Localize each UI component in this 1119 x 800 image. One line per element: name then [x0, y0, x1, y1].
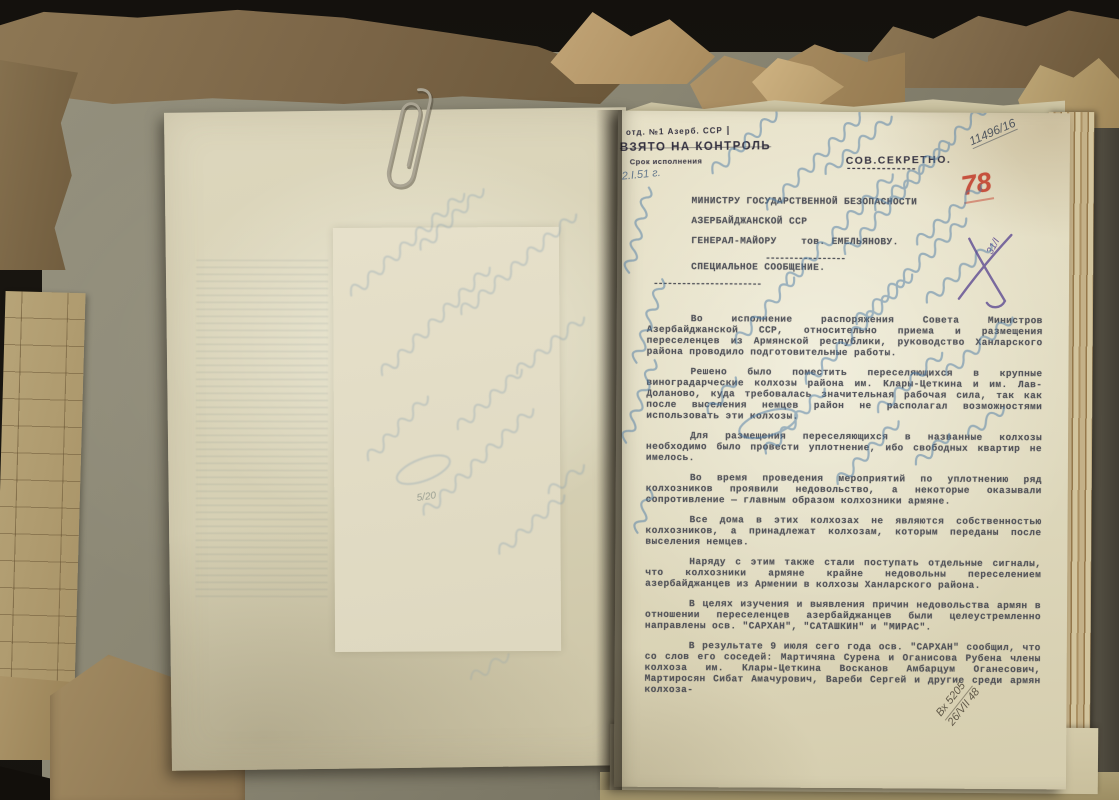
archival-photo: 5/20	[0, 0, 1119, 800]
control-stamp-subtitle: Срок исполнения	[630, 157, 703, 167]
paragraph: Во время проведения мероприятий по уплот…	[646, 472, 1042, 507]
torn-paper-top-left	[0, 8, 625, 104]
paragraph: Решено было поместить переселяющихся в к…	[646, 366, 1042, 423]
left-page: 5/20	[164, 107, 634, 771]
paragraph: В целях изучения и выявления причин недо…	[645, 598, 1041, 633]
typed-text-block: МИНИСТРУ ГОСУДАРСТВЕННОЙ БЕЗОПАСНОСТИ АЗ…	[644, 195, 1043, 706]
registry-stamp: отд. №1 Азерб. ССР	[626, 126, 729, 137]
bleed-through-text	[196, 260, 329, 598]
secrecy-underline: --------------	[846, 164, 916, 175]
gutter-shadow	[596, 110, 622, 790]
typed-document-page: отд. №1 Азерб. ССР ВЗЯТО НА КОНТРОЛЬ Сро…	[614, 111, 1070, 790]
title-underline: -----------------------	[653, 281, 1043, 289]
paragraph: Для размещения переселяющихся в названны…	[646, 430, 1042, 465]
control-stamp: ВЗЯТО НА КОНТРОЛЬ	[620, 140, 771, 154]
addressee-line: ГЕНЕРАЛ-МАЙОРУ тов. ЕМЕЛЬЯНОВУ.	[647, 235, 1043, 248]
paragraph: В результате 9 июля сего года осв. "САРХ…	[645, 640, 1041, 697]
handwritten-doc-number: 11496/16	[967, 116, 1018, 149]
handwritten-control-date: 2.I.51 г.	[621, 167, 661, 183]
old-form-paper	[0, 291, 86, 693]
addressee-line: МИНИСТРУ ГОСУДАРСТВЕННОЙ БЕЗОПАСНОСТИ	[647, 195, 1043, 208]
paragraph: Во исполнение распоряжения Совета Минист…	[647, 313, 1043, 359]
paragraph: Все дома в этих колхозах не являются соб…	[645, 514, 1041, 549]
torn-paper-scrap	[540, 12, 715, 84]
overlaid-blank-sheet	[333, 227, 561, 652]
paragraph: Наряду с этим также стали поступать отде…	[645, 556, 1041, 591]
addressee-line: АЗЕРБАЙДЖАНСКОЙ ССР	[647, 215, 1043, 228]
